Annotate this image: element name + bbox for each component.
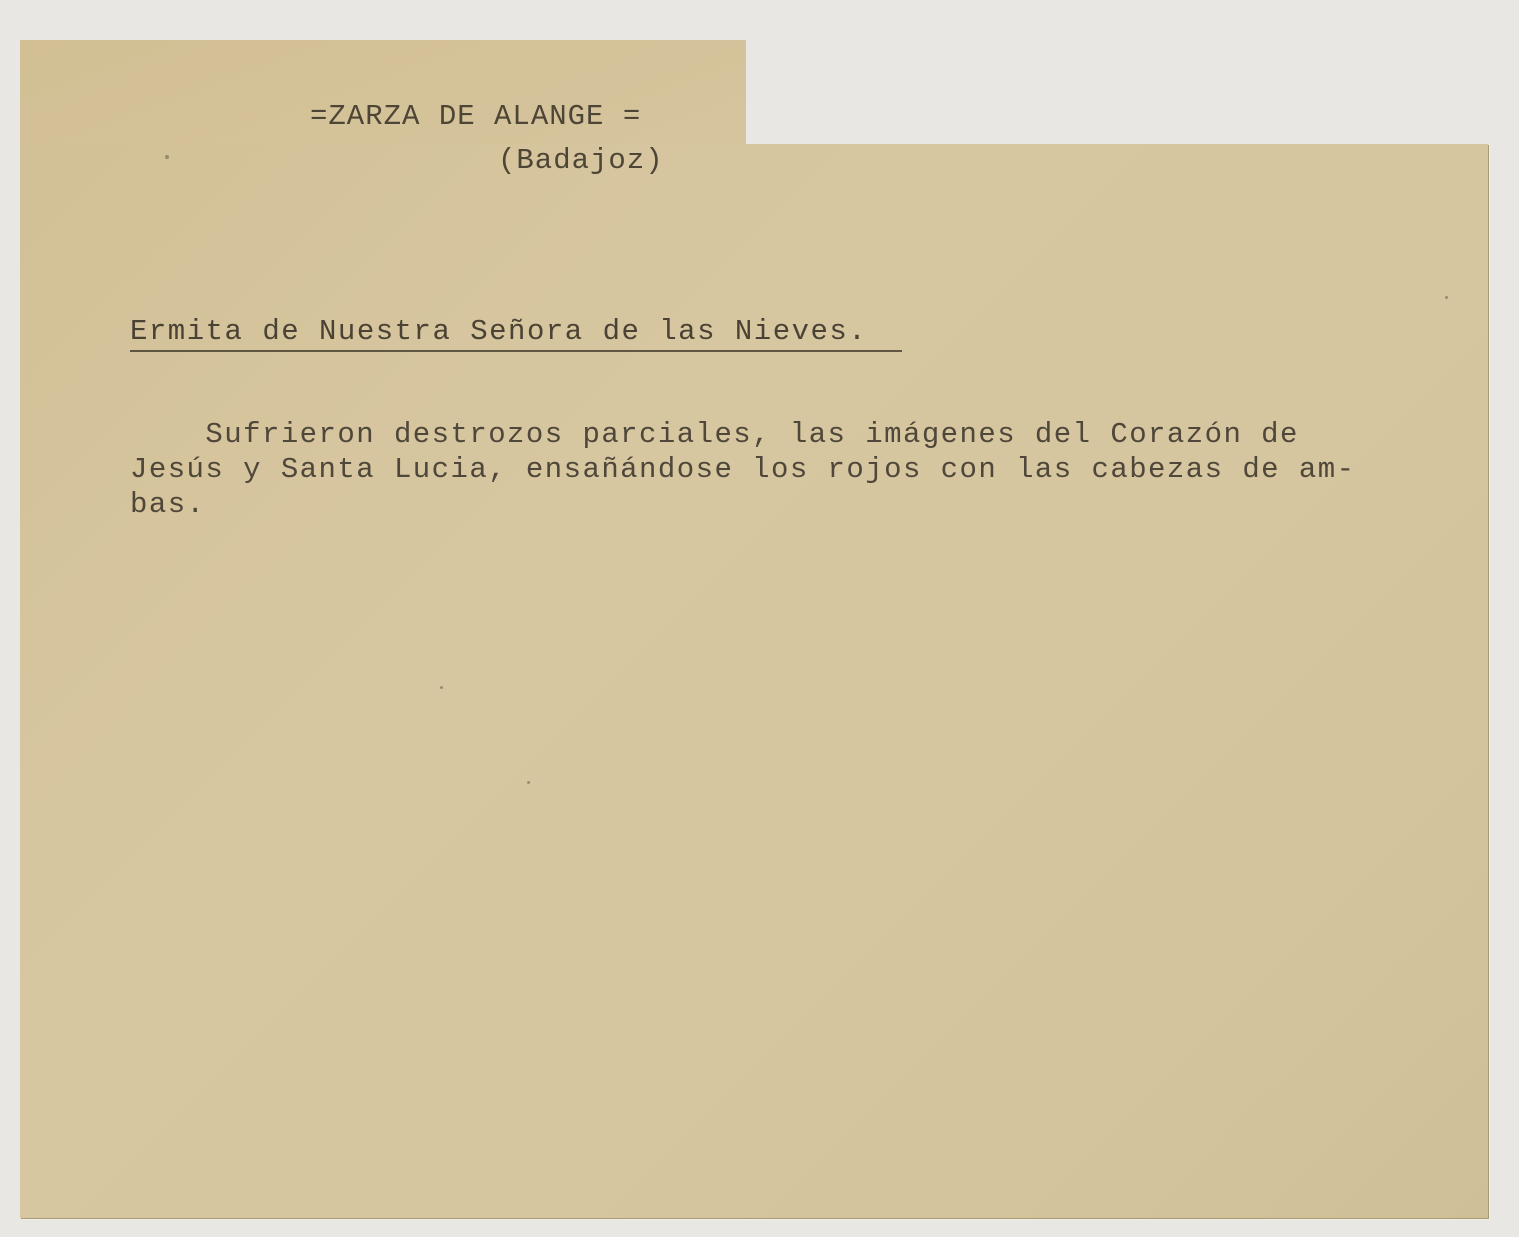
heading-underline [130,350,902,352]
body-line: Jesús y Santa Lucia, ensañándose los roj… [130,452,1460,487]
province-subtitle: (Badajoz) [498,144,664,177]
section-heading: Ermita de Nuestra Señora de las Nieves. [130,315,867,348]
body-paragraph: Sufrieron destrozos parciales, las imáge… [130,417,1460,522]
index-card-body [20,144,1488,1218]
paper-speck [527,781,530,784]
body-line: Sufrieron destrozos parciales, las imáge… [130,417,1460,452]
paper-speck [1445,296,1448,299]
paper-speck [440,686,443,689]
location-title: =ZARZA DE ALANGE = [310,100,641,133]
paper-speck [165,155,169,159]
body-line: bas. [130,487,1460,522]
index-card: =ZARZA DE ALANGE = (Badajoz) Ermita de N… [0,0,1519,1237]
